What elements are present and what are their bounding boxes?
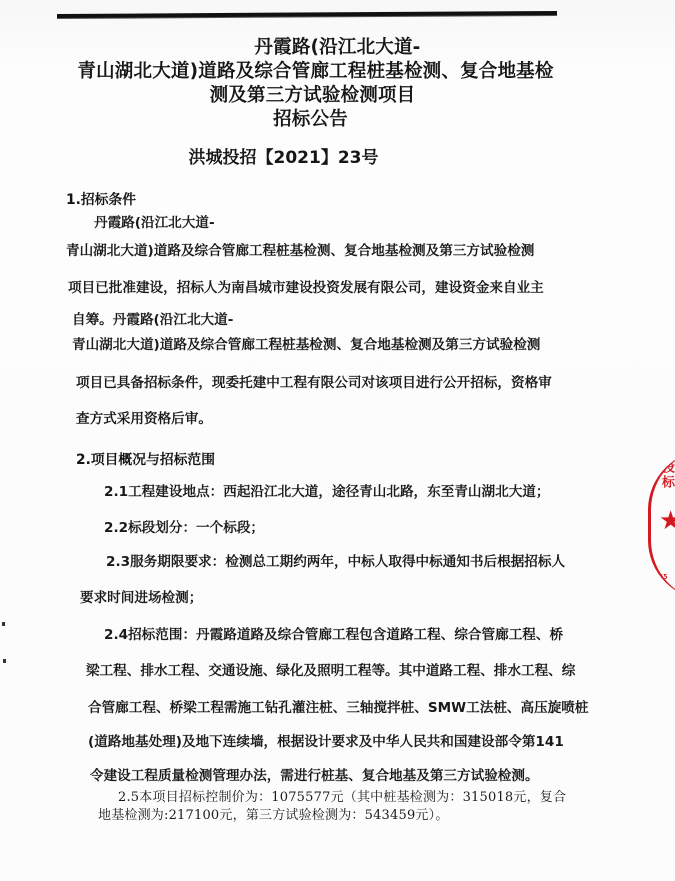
section-1-heading: 1.招标条件: [66, 188, 136, 208]
seal-text: 投标: [657, 460, 675, 490]
section-1-line: 青山湖北大道)道路及综合管廊工程桩基检测、复合地基检测及第三方试验检测: [66, 242, 534, 260]
item-2-4-line: 2.4招标范围：丹霞路道路及综合管廊工程包含道路工程、综合管廊工程、桥: [104, 626, 563, 644]
item-2-4-line: (道路地基处理)及地下连续墙，根据设计要求及中华人民共和国建设部令第141: [88, 733, 564, 751]
official-seal: 投标 ★ 55: [648, 450, 675, 600]
item-2-3-line: 要求时间进场检测；: [80, 589, 202, 607]
document-number: 洪城投招【2021】23号: [0, 143, 621, 168]
scan-mark: [3, 659, 6, 663]
seal-digits: 55: [659, 573, 667, 581]
document-page: 丹霞路(沿江北大道- 青山湖北大道)道路及综合管廊工程桩基检测、复合地基检 测及…: [0, 0, 675, 881]
item-2-3-line: 2.3服务期限要求：检测总工期约两年，中标人取得中标通知书后根据招标人: [106, 553, 565, 571]
title-line-2: 青山湖北大道)道路及综合管廊工程桩基检测、复合地基检: [0, 60, 675, 84]
item-2-5-line: 2.5本项目招标控制价为：1075577元（其中桩基检测为：315018元，复合: [118, 789, 566, 806]
header-rule: [57, 11, 557, 18]
scan-mark: [2, 622, 5, 626]
item-2-1: 2.1工程建设地点：西起沿江北大道，途径青山北路，东至青山湖北大道；: [104, 483, 550, 501]
document-title: 丹霞路(沿江北大道- 青山湖北大道)道路及综合管廊工程桩基检测、复合地基检 测及…: [0, 36, 675, 132]
item-2-4-line: 令建设工程质量检测管理办法，需进行桩基、复合地基及第三方试验检测。: [90, 767, 539, 785]
title-line-3: 测及第三方试验检测项目: [0, 84, 675, 108]
title-line-1: 丹霞路(沿江北大道-: [0, 36, 675, 60]
section-1-line: 自筹。丹霞路(沿江北大道-: [72, 311, 233, 329]
item-2-4-line: 梁工程、排水工程、交通设施、绿化及照明工程等。其中道路工程、排水工程、综: [86, 662, 575, 680]
section-1-line: 查方式采用资格后审。: [76, 410, 212, 428]
section-1-line: 青山湖北大道)道路及综合管廊工程桩基检测、复合地基检测及第三方试验检测: [72, 336, 540, 354]
section-1-line: 丹霞路(沿江北大道-: [94, 214, 215, 232]
item-2-5-line: 地基检测为:217100元，第三方试验检测为：543459元）。: [98, 807, 449, 824]
section-2-heading: 2.项目概况与招标范围: [76, 448, 215, 468]
item-2-4-line: 合管廊工程、桥梁工程需施工钻孔灌注桩、三轴搅拌桩、SMW工法桩、高压旋喷桩: [88, 699, 589, 717]
item-2-2: 2.2标段划分：一个标段；: [104, 519, 264, 537]
title-line-4: 招标公告: [0, 108, 675, 132]
section-1-line: 项目已具备招标条件，现委托建中工程有限公司对该项目进行公开招标，资格审: [76, 374, 552, 392]
section-1-line: 项目已批准建设，招标人为南昌城市建设投资发展有限公司，建设资金来自业主: [68, 279, 544, 297]
star-icon: ★: [659, 508, 675, 534]
